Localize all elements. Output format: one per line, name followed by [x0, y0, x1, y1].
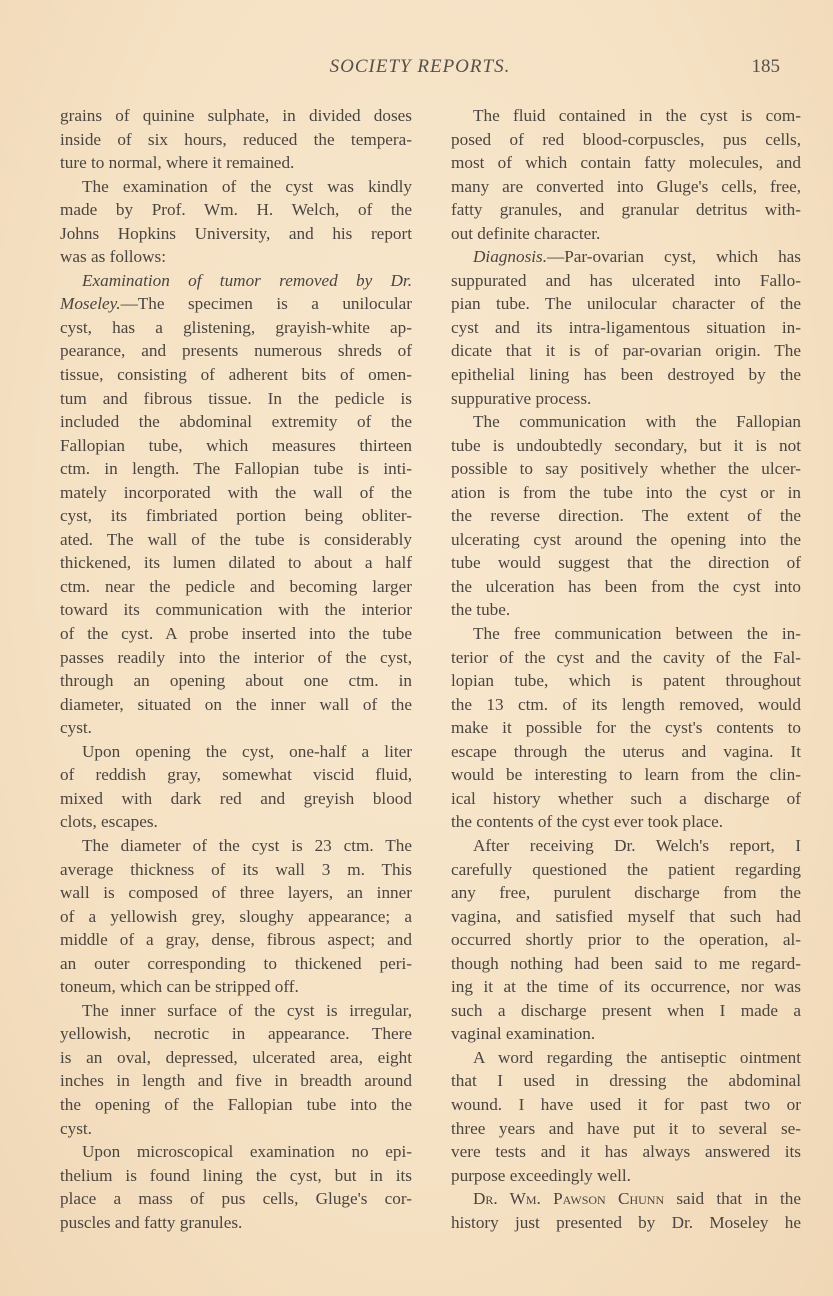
text-line: passes readily into the interior of the … — [60, 646, 412, 670]
text-line: ctm. near the pedicle and becoming large… — [60, 575, 412, 599]
text-line: Upon opening the cyst, one-half a liter — [60, 740, 412, 764]
text-line: many are converted into Gluge's cells, f… — [451, 175, 801, 199]
text-line: the tube. — [451, 598, 801, 622]
text-line: mixed with dark red and greyish blood — [60, 787, 412, 811]
text-line: thickened, its lumen dilated to about a … — [60, 551, 412, 575]
text-line: Diagnosis.—Par-ovarian cyst, which has — [451, 245, 801, 269]
text-line: suppurated and has ulcerated into Fallo- — [451, 269, 801, 293]
text-line: most of which contain fatty molecules, a… — [451, 151, 801, 175]
text-line: the ulceration has been from the cyst in… — [451, 575, 801, 599]
text-line: escape through the uterus and vagina. It — [451, 740, 801, 764]
text-line: clots, escapes. — [60, 810, 412, 834]
text-line: Moseley.—The specimen is a unilocular — [60, 292, 412, 316]
text-line: Upon microscopical examination no epi- — [60, 1140, 412, 1164]
text-line: that I used in dressing the abdominal — [451, 1069, 801, 1093]
text-line: Examination of tumor removed by Dr. — [60, 269, 412, 293]
text-line: the 13 ctm. of its length removed, would — [451, 693, 801, 717]
text-line: of the cyst. A probe inserted into the t… — [60, 622, 412, 646]
text-line: an outer corresponding to thickened peri… — [60, 952, 412, 976]
text-line: through an opening about one ctm. in — [60, 669, 412, 693]
text-line: pian tube. The unilocular character of t… — [451, 292, 801, 316]
text-line: cyst, has a glistening, grayish-white ap… — [60, 316, 412, 340]
text-line: carefully questioned the patient regardi… — [451, 858, 801, 882]
text-line: cyst. — [60, 716, 412, 740]
text-line: purpose exceedingly well. — [451, 1164, 801, 1188]
text-line: occurred shortly prior to the operation,… — [451, 928, 801, 952]
text-line: ated. The wall of the tube is considerab… — [60, 528, 412, 552]
text-line: epithelial lining has been destroyed by … — [451, 363, 801, 387]
text-line: dicate that it is of par-ovarian origin.… — [451, 339, 801, 363]
text-line: ation is from the tube into the cyst or … — [451, 481, 801, 505]
page-number: 185 — [752, 56, 781, 78]
text-line: the reverse direction. The extent of the — [451, 504, 801, 528]
text-line: toneum, which can be stripped off. — [60, 975, 412, 999]
text-line: lopian tube, which is patent throughout — [451, 669, 801, 693]
text-line: such a discharge present when I made a — [451, 999, 801, 1023]
text-line: pearance, and presents numerous shreds o… — [60, 339, 412, 363]
text-line: The examination of the cyst was kindly — [60, 175, 412, 199]
text-line: thelium is found lining the cyst, but in… — [60, 1164, 412, 1188]
text-line: of a yellowish grey, sloughy appearance;… — [60, 905, 412, 929]
text-line: mately incorporated with the wall of the — [60, 481, 412, 505]
right-column: The fluid contained in the cyst is com-p… — [451, 104, 801, 1234]
text-line: tube is undoubtedly secondary, but it is… — [451, 434, 801, 458]
text-line: vagina, and satisfied myself that such h… — [451, 905, 801, 929]
text-line: possible to say positively whether the u… — [451, 457, 801, 481]
text-line: The diameter of the cyst is 23 ctm. The — [60, 834, 412, 858]
text-line: inside of six hours, reduced the tempera… — [60, 128, 412, 152]
text-line: place a mass of pus cells, Gluge's cor- — [60, 1187, 412, 1211]
text-line: history just presented by Dr. Moseley he — [451, 1211, 801, 1235]
text-line: any free, purulent discharge from the — [451, 881, 801, 905]
text-line: toward its communication with the interi… — [60, 598, 412, 622]
text-line: puscles and fatty granules. — [60, 1211, 412, 1235]
text-line: inches in length and five in breadth aro… — [60, 1069, 412, 1093]
text-line: ical history whether such a discharge of — [451, 787, 801, 811]
text-line: The communication with the Fallopian — [451, 410, 801, 434]
italic-heading: Examination of tumor removed by Dr. — [82, 271, 412, 290]
text-line: tissue, consisting of adherent bits of o… — [60, 363, 412, 387]
text-line: middle of a gray, dense, fibrous aspect;… — [60, 928, 412, 952]
text-line: made by Prof. Wm. H. Welch, of the — [60, 198, 412, 222]
text-line: the opening of the Fallopian tube into t… — [60, 1093, 412, 1117]
text-line: ture to normal, where it remained. — [60, 151, 412, 175]
text-line: though nothing had been said to me regar… — [451, 952, 801, 976]
italic-heading: Diagnosis. — [473, 247, 547, 266]
text-line: A word regarding the antiseptic ointment — [451, 1046, 801, 1070]
italic-heading: Moseley. — [60, 294, 121, 313]
text-line: Johns Hopkins University, and his report — [60, 222, 412, 246]
text-line: of reddish gray, somewhat viscid fluid, — [60, 763, 412, 787]
text-line: is an oval, depressed, ulcerated area, e… — [60, 1046, 412, 1070]
page-header: SOCIETY REPORTS. 185 — [60, 56, 780, 80]
text-line: the contents of the cyst ever took place… — [451, 810, 801, 834]
text-line: The inner surface of the cyst is irregul… — [60, 999, 412, 1023]
text-line: was as follows: — [60, 245, 412, 269]
text-line: out definite character. — [451, 222, 801, 246]
text-line: diameter, situated on the inner wall of … — [60, 693, 412, 717]
running-title: SOCIETY REPORTS. — [60, 56, 780, 78]
text-line: tube would suggest that the direction of — [451, 551, 801, 575]
left-column: grains of quinine sulphate, in divided d… — [60, 104, 412, 1234]
text-line: make it possible for the cyst's contents… — [451, 716, 801, 740]
text-line: cyst. — [60, 1117, 412, 1141]
text-line: three years and have put it to several s… — [451, 1117, 801, 1141]
text-line: wall is composed of three layers, an inn… — [60, 881, 412, 905]
text-line: tum and fibrous tissue. In the pedicle i… — [60, 387, 412, 411]
speaker-name: Dr. Wm. Pawson Chunn — [473, 1189, 664, 1208]
text-line: included the abdominal extremity of the — [60, 410, 412, 434]
text-line: ing it at the time of its occurrence, no… — [451, 975, 801, 999]
text-line: cyst and its intra-ligamentous situation… — [451, 316, 801, 340]
text-line: cyst, its fimbriated portion being oblit… — [60, 504, 412, 528]
text-line: posed of red blood-corpuscles, pus cells… — [451, 128, 801, 152]
text-line: suppurative process. — [451, 387, 801, 411]
text-line: ulcerating cyst around the opening into … — [451, 528, 801, 552]
text-line: wound. I have used it for past two or — [451, 1093, 801, 1117]
text-line: average thickness of its wall 3 m. This — [60, 858, 412, 882]
text-line: Fallopian tube, which measures thirteen — [60, 434, 412, 458]
text-line: Dr. Wm. Pawson Chunn said that in the — [451, 1187, 801, 1211]
text-line: grains of quinine sulphate, in divided d… — [60, 104, 412, 128]
text-line: The fluid contained in the cyst is com- — [451, 104, 801, 128]
text-line: would be interesting to learn from the c… — [451, 763, 801, 787]
text-line: terior of the cyst and the cavity of the… — [451, 646, 801, 670]
text-line: After receiving Dr. Welch's report, I — [451, 834, 801, 858]
text-line: vaginal examination. — [451, 1022, 801, 1046]
text-line: ctm. in length. The Fallopian tube is in… — [60, 457, 412, 481]
text-line: The free communication between the in- — [451, 622, 801, 646]
text-line: vere tests and it has always answered it… — [451, 1140, 801, 1164]
text-line: fatty granules, and granular detritus wi… — [451, 198, 801, 222]
text-line: yellowish, necrotic in appearance. There — [60, 1022, 412, 1046]
